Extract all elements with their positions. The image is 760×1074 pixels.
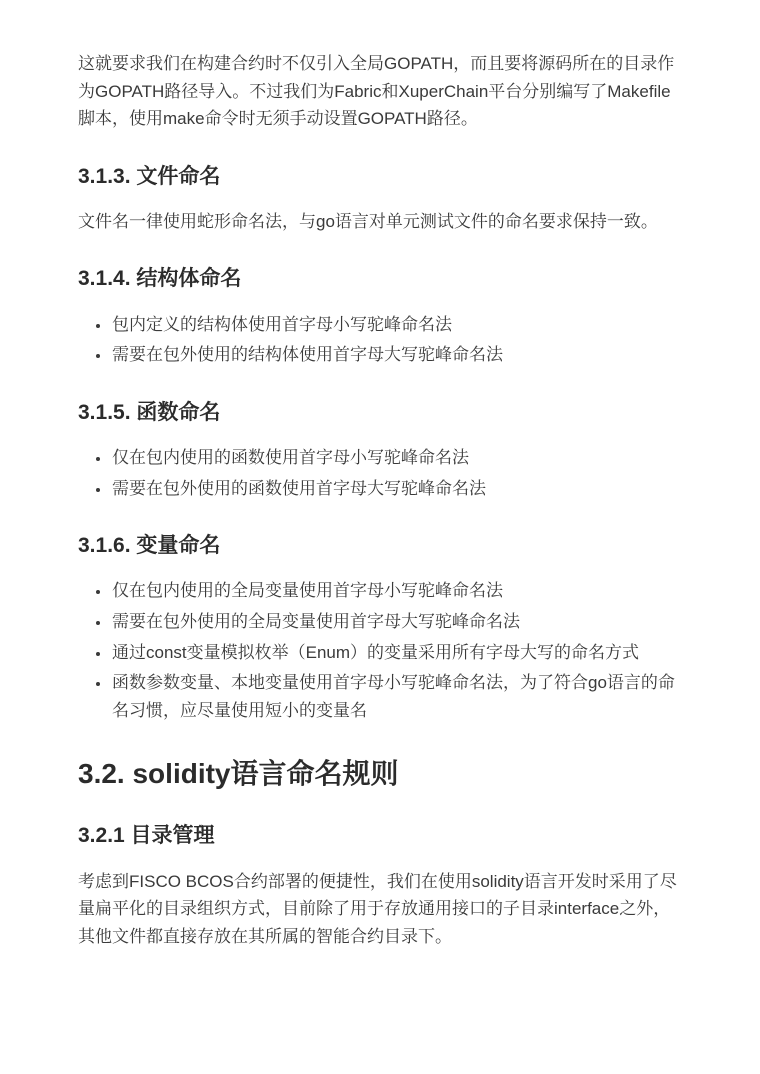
paragraph-file-naming: 文件名一律使用蛇形命名法，与go语言对单元测试文件的命名要求保持一致。 [78, 208, 686, 236]
list-item: 通过const变量模拟枚举（Enum）的变量采用所有字母大写的命名方式 [111, 639, 686, 667]
paragraph-gopath-intro: 这就要求我们在构建合约时不仅引入全局GOPATH，而且要将源码所在的目录作为GO… [78, 50, 686, 133]
list-item: 需要在包外使用的结构体使用首字母大写驼峰命名法 [111, 341, 686, 369]
paragraph-directory-management: 考虑到FISCO BCOS合约部署的便捷性，我们在使用solidity语言开发时… [78, 868, 686, 951]
section-heading-3-2-1-directory-management: 3.2.1 目录管理 [78, 822, 686, 849]
section-heading-3-2-solidity-naming-rules: 3.2. solidity语言命名规则 [78, 756, 686, 792]
list-item: 需要在包外使用的全局变量使用首字母大写驼峰命名法 [111, 608, 686, 636]
list-function-naming: 仅在包内使用的函数使用首字母小写驼峰命名法 需要在包外使用的函数使用首字母大写驼… [78, 444, 686, 502]
list-item: 仅在包内使用的函数使用首字母小写驼峰命名法 [111, 444, 686, 472]
section-heading-3-1-4-struct-naming: 3.1.4. 结构体命名 [78, 265, 686, 292]
list-item: 包内定义的结构体使用首字母小写驼峰命名法 [111, 311, 686, 339]
section-heading-3-1-3-file-naming: 3.1.3. 文件命名 [78, 163, 686, 190]
section-heading-3-1-6-variable-naming: 3.1.6. 变量命名 [78, 532, 686, 559]
list-item: 需要在包外使用的函数使用首字母大写驼峰命名法 [111, 475, 686, 503]
list-item: 函数参数变量、本地变量使用首字母小写驼峰命名法，为了符合go语言的命名习惯，应尽… [111, 669, 686, 724]
list-item: 仅在包内使用的全局变量使用首字母小写驼峰命名法 [111, 577, 686, 605]
section-heading-3-1-5-function-naming: 3.1.5. 函数命名 [78, 399, 686, 426]
list-struct-naming: 包内定义的结构体使用首字母小写驼峰命名法 需要在包外使用的结构体使用首字母大写驼… [78, 311, 686, 369]
document-page: 这就要求我们在构建合约时不仅引入全局GOPATH，而且要将源码所在的目录作为GO… [0, 0, 760, 1074]
list-variable-naming: 仅在包内使用的全局变量使用首字母小写驼峰命名法 需要在包外使用的全局变量使用首字… [78, 577, 686, 724]
